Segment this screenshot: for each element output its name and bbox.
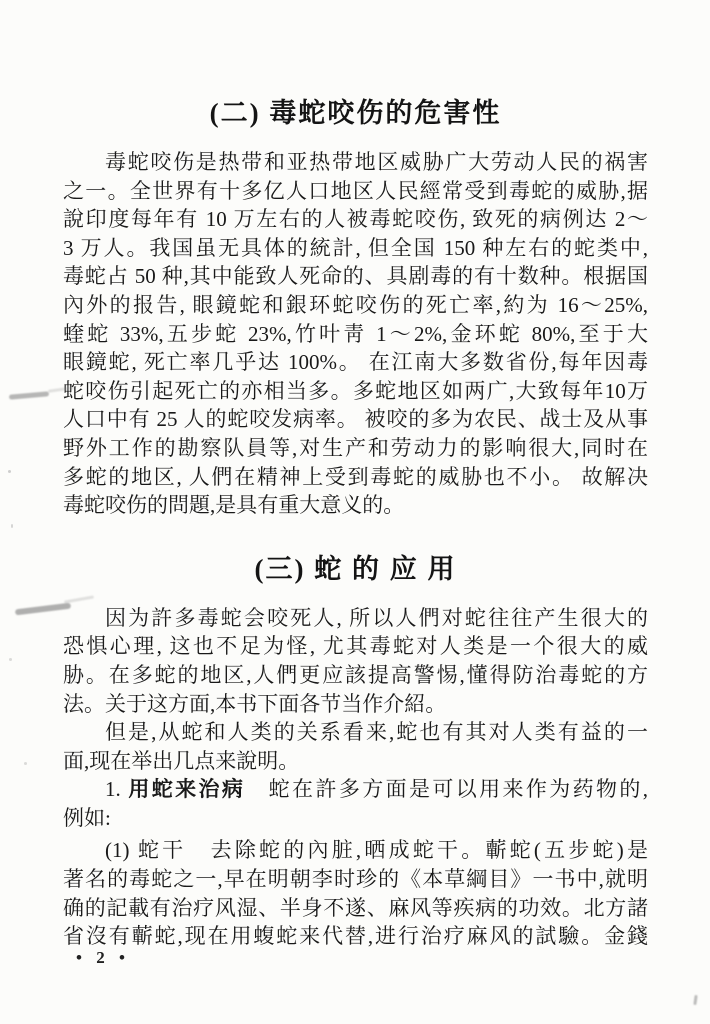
text-line-numbered-item: 1. 用蛇来治病 蛇在許多方面是可以用来作为药物的, [63, 775, 648, 804]
paragraph-medical-use: 1. 用蛇来治病 蛇在許多方面是可以用来作为药物的, 例如: [63, 775, 648, 832]
text-line: 例如: [63, 804, 648, 833]
text-line: 蝰蛇 33%,五步蛇 23%,竹叶靑 1～2%,金环蛇 80%,至于大 [63, 320, 648, 349]
item-text: 蛇在許多方面是可以用来作为药物的, [245, 777, 648, 801]
text-line: 确的記載有治疗风湿、半身不遂、麻风等疾病的功效。北方諸 [63, 894, 648, 923]
scan-speck [11, 524, 13, 528]
item-number: 1. [105, 777, 128, 801]
text-column: (二) 毒蛇咬伤的危害性 毒蛇咬伤是热带和亚热带地区威胁广大劳动人民的祸害 之一… [63, 0, 648, 951]
text-line: 3 万人。我国虽无具体的統計, 但全国 150 种左右的蛇类中, [63, 234, 648, 263]
text-line: 毒蛇咬伤是热带和亚热带地区威胁广大劳动人民的祸害 [63, 148, 648, 177]
scan-smudge [9, 391, 49, 399]
text-line: 眼鏡蛇, 死亡率几乎达 100%。 在江南大多数省份,每年因毒 [63, 348, 648, 377]
paragraph-snakebite-danger: 毒蛇咬伤是热带和亚热带地区威胁广大劳动人民的祸害 之一。全世界有十多亿人口地区人… [63, 148, 648, 520]
text-line: 因为許多毒蛇会咬死人, 所以人們对蛇往往产生很大的 [63, 604, 648, 633]
item-title: 用蛇来治病 [128, 777, 245, 801]
text-line: 野外工作的勘察队員等,对生产和劳动力的影响很大,同时在 [63, 434, 648, 463]
text-line: 說印度每年有 10 万左右的人被毒蛇咬伤, 致死的病例达 2～ [63, 205, 648, 234]
text-line: 人口中有 25 人的蛇咬发病率。 被咬的多为农民、战士及从事 [63, 405, 648, 434]
text-line: 內外的报告, 眼鏡蛇和銀环蛇咬伤的死亡率,約为 16～25%, [63, 291, 648, 320]
text-line: 毒蛇咬伤的問題,是具有重大意义的。 [63, 491, 648, 520]
scan-smudge [693, 995, 697, 1005]
text-line: 著名的毒蛇之一,早在明朝李时珍的《本草綱目》一书中,就明 [63, 865, 648, 894]
text-line: 之一。全世界有十多亿人口地区人民經常受到毒蛇的威胁,据 [63, 177, 648, 206]
paragraph-fear-of-snakes: 因为許多毒蛇会咬死人, 所以人們对蛇往往产生很大的 恐惧心理, 这也不足为怪, … [63, 604, 648, 718]
text-line: 胁。在多蛇的地区,人們更应該提高警惕,懂得防治毒蛇的方 [63, 661, 648, 690]
text-line: 蛇咬伤引起死亡的亦相当多。多蛇地区如两广,大致每年10万 [63, 377, 648, 406]
scan-speck [24, 762, 27, 765]
page-number: • 2 • [76, 948, 130, 968]
paragraph-snakes-beneficial: 但是,从蛇和人类的关系看来,蛇也有其对人类有益的一 面,现在举出几点来說明。 [63, 718, 648, 775]
text-line: 多蛇的地区, 人們在精神上受到毒蛇的威胁也不小。 故解决 [63, 463, 648, 492]
text-line: 毒蛇占 50 种,其中能致人死命的、具剧毒的有十数种。根据国 [63, 262, 648, 291]
text-line: 面,现在举出几点来說明。 [63, 747, 648, 776]
section-heading-snakebite-danger: (二) 毒蛇咬伤的危害性 [63, 94, 648, 132]
scan-speck [9, 658, 12, 661]
text-line: 省沒有蘄蛇,现在用蝮蛇来代替,进行治疗麻风的試驗。金錢 [63, 922, 648, 951]
text-line: 法。关于这方面,本书下面各节当作介紹。 [63, 690, 648, 719]
section-heading-snake-uses: (三) 蛇 的 应 用 [63, 550, 648, 588]
book-page: (二) 毒蛇咬伤的危害性 毒蛇咬伤是热带和亚热带地区威胁广大劳动人民的祸害 之一… [0, 0, 710, 1024]
scan-speck [8, 470, 11, 473]
text-line: (1) 蛇干 去除蛇的內脏,晒成蛇干。蘄蛇(五步蛇)是 [63, 836, 648, 865]
paragraph-dried-snake: (1) 蛇干 去除蛇的內脏,晒成蛇干。蘄蛇(五步蛇)是 著名的毒蛇之一,早在明朝… [63, 836, 648, 950]
text-line: 但是,从蛇和人类的关系看来,蛇也有其对人类有益的一 [63, 718, 648, 747]
text-line: 恐惧心理, 这也不足为怪, 尤其毒蛇对人类是一个很大的威 [63, 632, 648, 661]
